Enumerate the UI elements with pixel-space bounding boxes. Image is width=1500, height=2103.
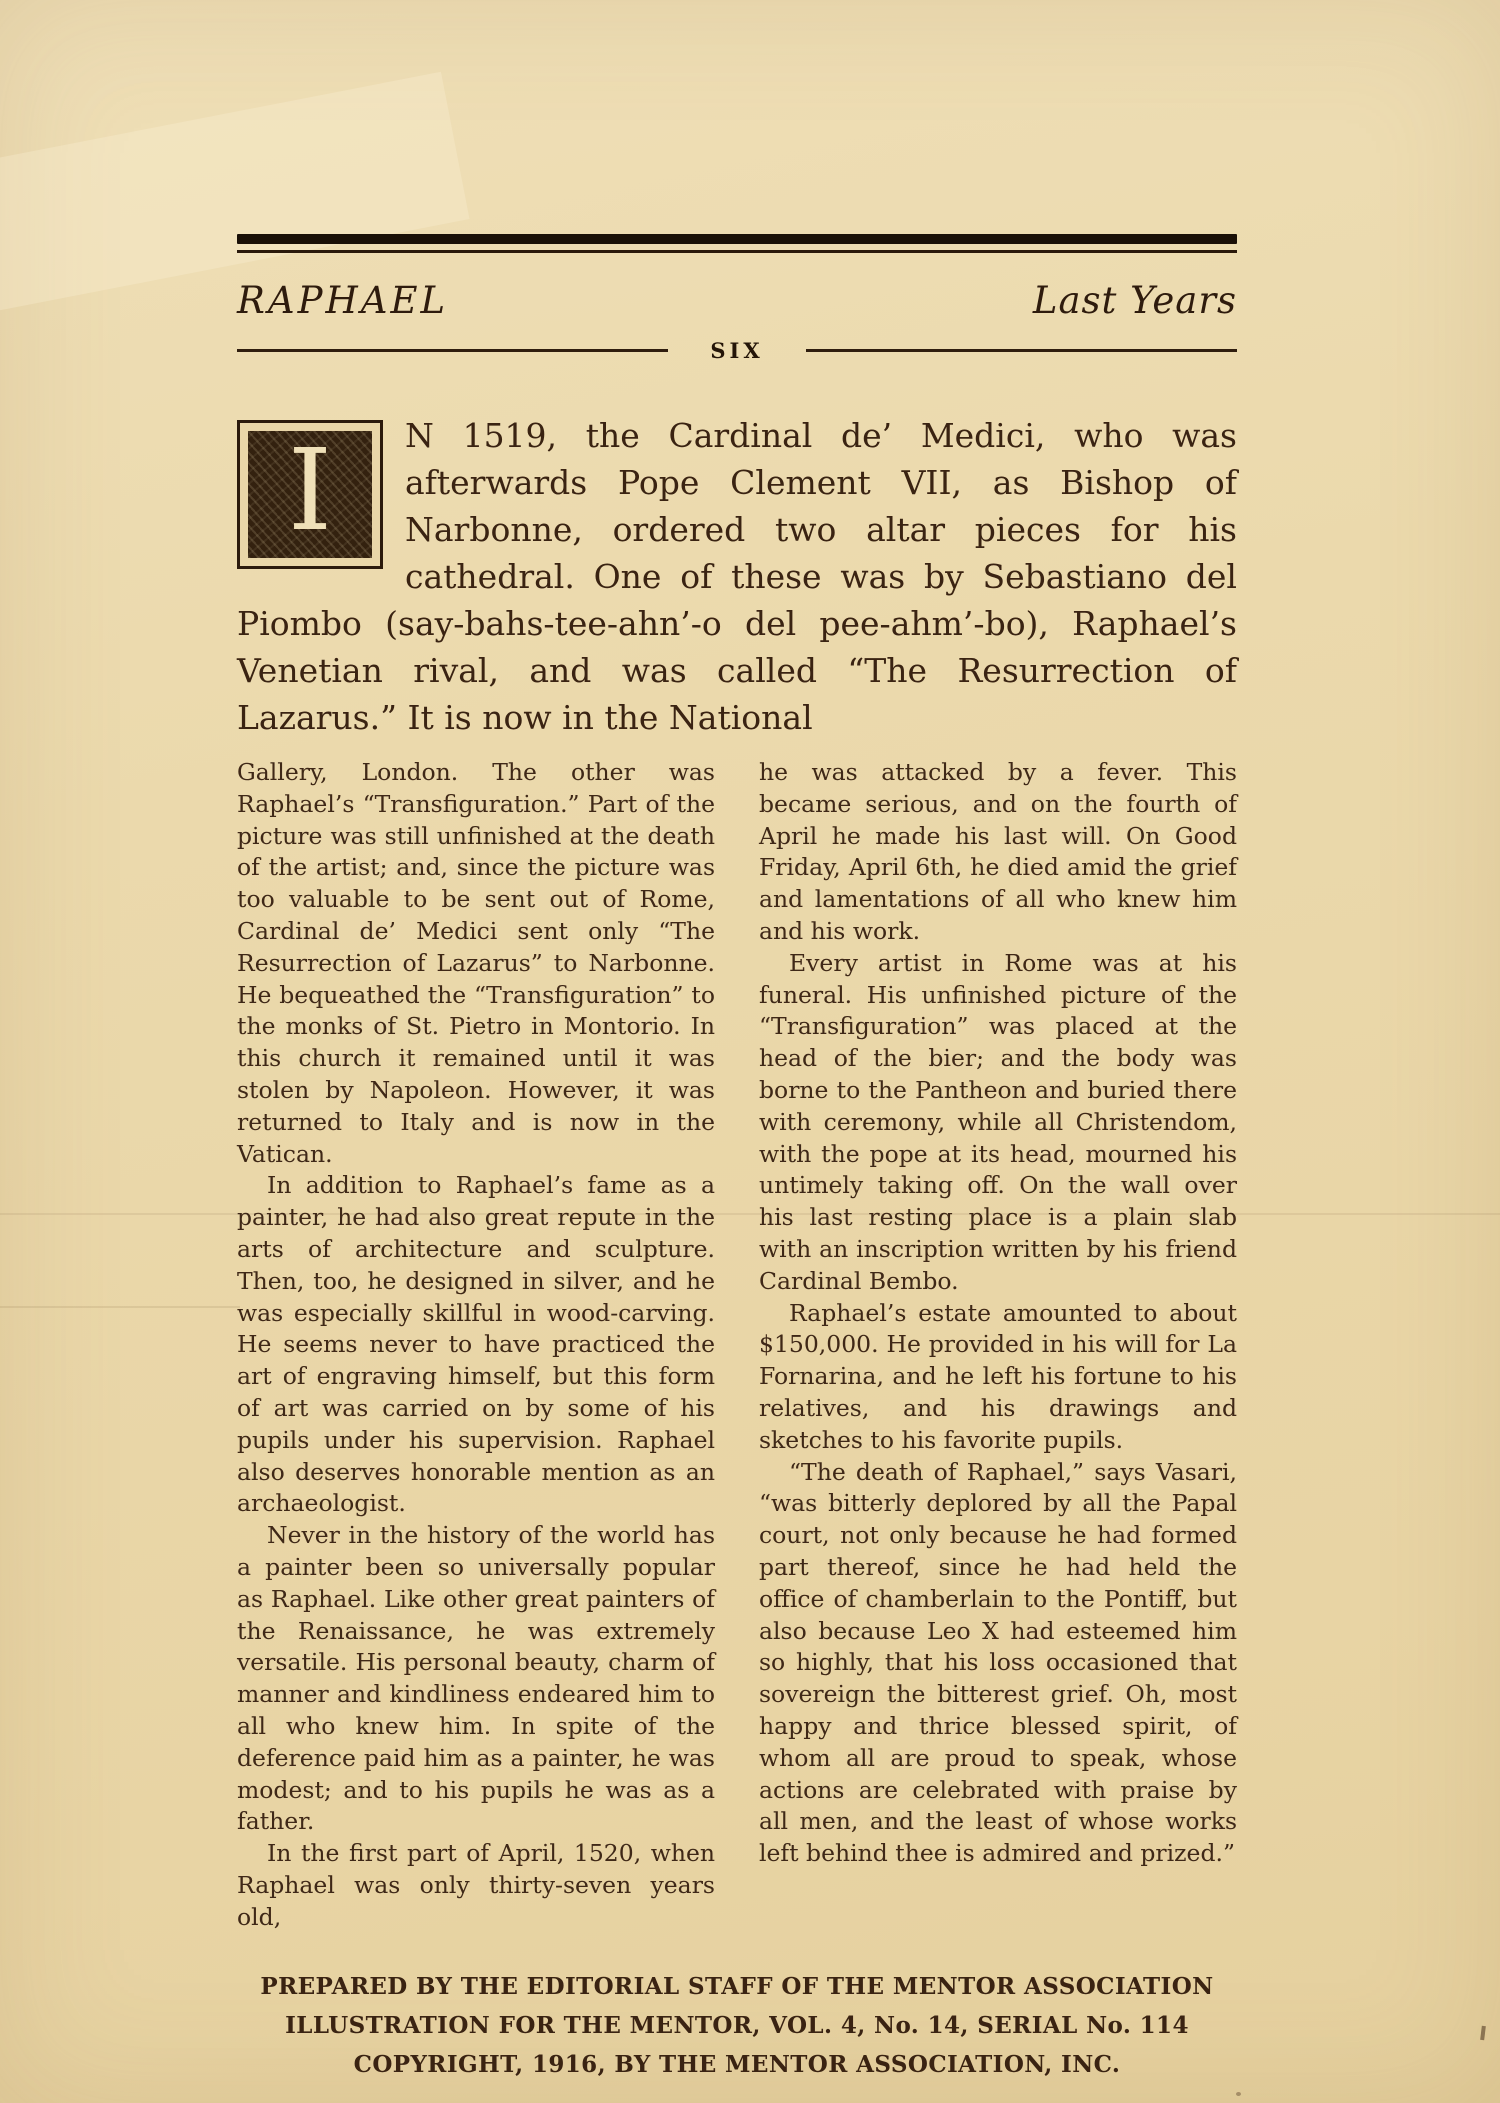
running-head-right: Last Years [1033,279,1237,322]
paragraph: Raphael’s estate amounted to about $150,… [759,1298,1237,1457]
paragraph: “The death of Raphael,” says Vasari, “wa… [759,1457,1237,1870]
lead-paragraph: IN 1519, the Cardinal de’ Medici, who wa… [237,412,1237,741]
imprint-line: COPYRIGHT, 1916, BY THE MENTOR ASSOCIATI… [237,2045,1237,2084]
paper-crease [0,1306,240,1308]
drop-cap-box: I [237,420,383,569]
scan-speck [1236,2092,1241,2096]
imprint: PREPARED BY THE EDITORIAL STAFF OF THE M… [237,1967,1237,2084]
page-content: RAPHAEL Last Years SIX IN 1519, the Card… [237,0,1237,2084]
lead-paragraph-text: N 1519, the Cardinal de’ Medici, who was… [237,416,1237,737]
imprint-line: ILLUSTRATION FOR THE MENTOR, VOL. 4, No.… [237,2006,1237,2045]
paragraph: Gallery, London. The other was Raphael’s… [237,757,715,1170]
two-column-body: Gallery, London. The other was Raphael’s… [237,757,1237,1933]
divider-line-right [806,349,1237,352]
paragraph: he was attacked by a fever. This became … [759,757,1237,948]
running-head: RAPHAEL Last Years [237,279,1237,322]
running-head-left: RAPHAEL [237,279,448,322]
header-rule-thin [237,250,1237,253]
paragraph: Never in the history of the world has a … [237,1520,715,1838]
imprint-line: PREPARED BY THE EDITORIAL STAFF OF THE M… [237,1967,1237,2006]
drop-cap-inner: I [248,431,372,558]
left-column: Gallery, London. The other was Raphael’s… [237,757,715,1933]
header-rule-thick [237,234,1237,244]
right-column: he was attacked by a fever. This became … [759,757,1237,1933]
section-number: SIX [710,338,763,363]
paragraph: In addition to Raphael’s fame as a paint… [237,1170,715,1520]
scan-speck [1480,2026,1486,2040]
paragraph: Every artist in Rome was at his funeral.… [759,948,1237,1298]
drop-cap-letter: I [288,435,332,547]
section-divider: SIX [237,338,1237,362]
divider-line-left [237,349,668,352]
paragraph: In the first part of April, 1520, when R… [237,1838,715,1933]
